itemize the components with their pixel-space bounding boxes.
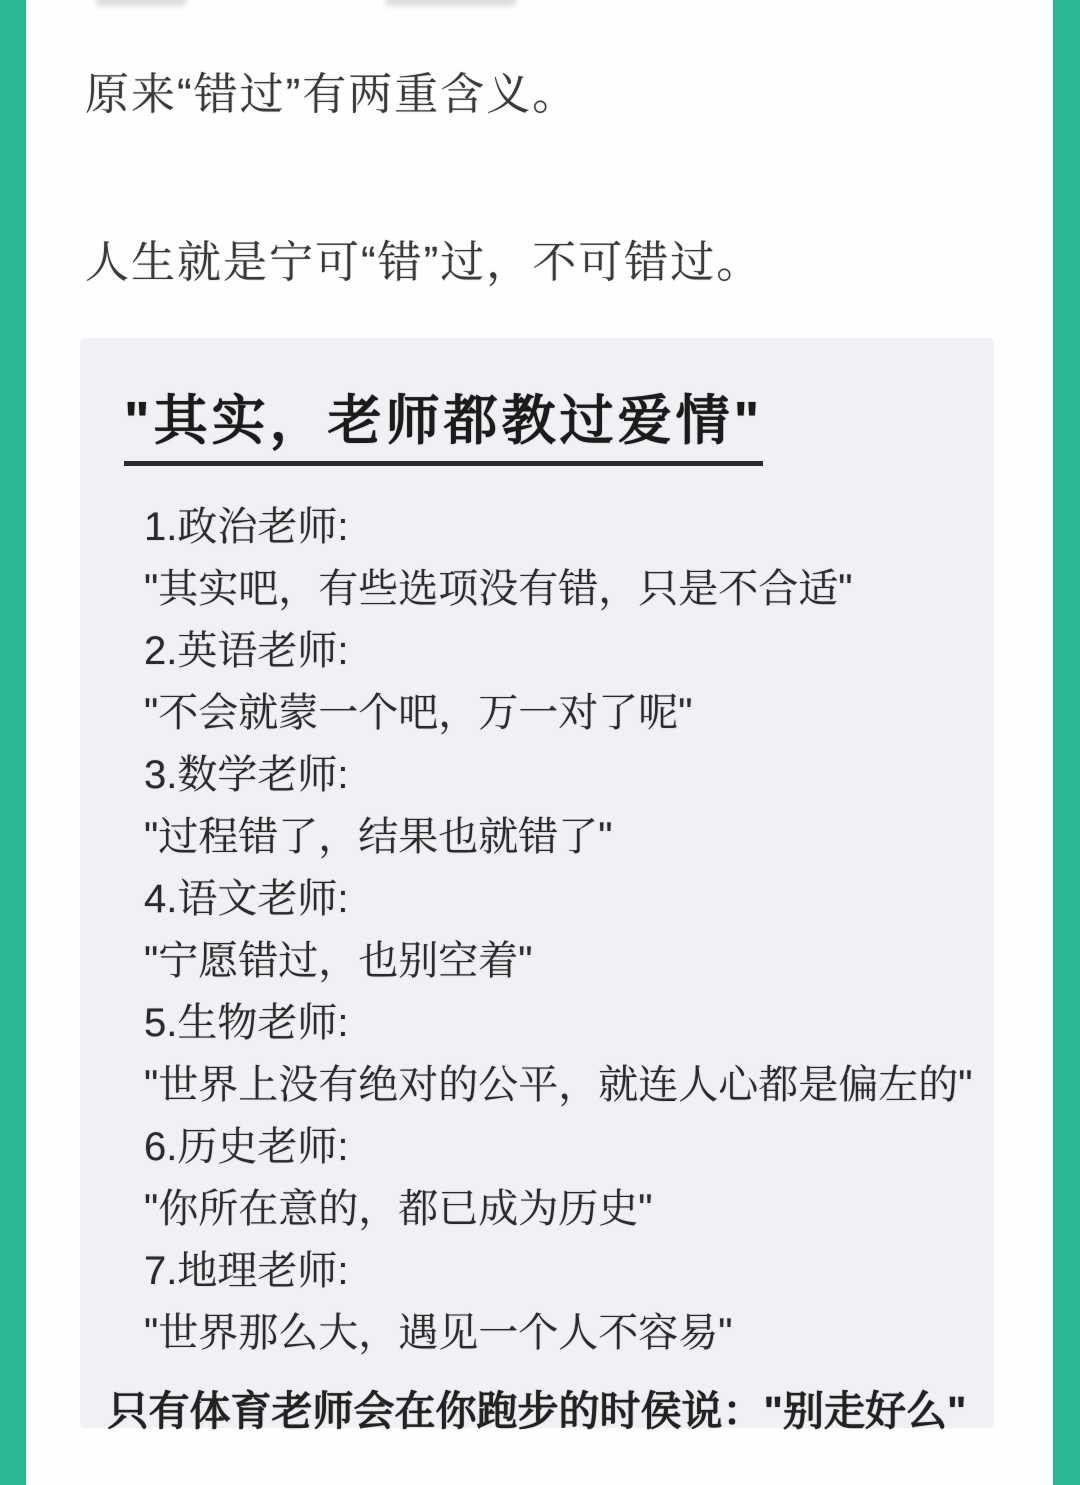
teacher-label: 2.英语老师: [144, 620, 994, 682]
card-title-wrap: "其实，老师都教过爱情" [80, 338, 994, 466]
quote-card: "其实，老师都教过爱情" 1.政治老师: "其实吧，有些选项没有错，只是不合适"… [80, 338, 994, 1428]
cropped-text-artifact [386, 0, 516, 6]
card-title: "其实，老师都教过爱情" [124, 378, 763, 466]
teacher-label: 4.语文老师: [144, 868, 994, 930]
teacher-quote: "宁愿错过，也别空着" [144, 930, 994, 992]
teacher-label: 6.历史老师: [144, 1116, 994, 1178]
content-page: 原来“错过”有两重含义。 人生就是宁可“错”过，不可错过。 "其实，老师都教过爱… [26, 0, 1053, 1485]
intro-line-1: 原来“错过”有两重含义。 [85, 58, 578, 122]
teacher-quote: "世界上没有绝对的公平，就连人心都是偏左的" [144, 1054, 994, 1116]
list-item: 5.生物老师: "世界上没有绝对的公平，就连人心都是偏左的" [144, 992, 994, 1116]
list-item: 4.语文老师: "宁愿错过，也别空着" [144, 868, 994, 992]
teacher-quote: "其实吧，有些选项没有错，只是不合适" [144, 558, 994, 620]
cropped-text-artifact [96, 0, 186, 6]
teacher-quote: "世界那么大，遇见一个人不容易" [144, 1302, 994, 1364]
teacher-quote: "过程错了，结果也就错了" [144, 806, 994, 868]
teacher-label: 7.地理老师: [144, 1240, 994, 1302]
teacher-label: 1.政治老师: [144, 496, 994, 558]
list-item: 6.历史老师: "你所在意的，都已成为历史" [144, 1116, 994, 1240]
list-item: 1.政治老师: "其实吧，有些选项没有错，只是不合适" [144, 496, 994, 620]
intro-line-2: 人生就是宁可“错”过，不可错过。 [85, 226, 762, 290]
teacher-label: 3.数学老师: [144, 744, 994, 806]
pe-teacher-punchline: 只有体育老师会在你跑步的时侯说："别走好么" [80, 1378, 994, 1437]
teacher-label: 5.生物老师: [144, 992, 994, 1054]
teacher-quote: "不会就蒙一个吧，万一对了呢" [144, 682, 994, 744]
teacher-list: 1.政治老师: "其实吧，有些选项没有错，只是不合适" 2.英语老师: "不会就… [80, 496, 994, 1364]
list-item: 3.数学老师: "过程错了，结果也就错了" [144, 744, 994, 868]
list-item: 7.地理老师: "世界那么大，遇见一个人不容易" [144, 1240, 994, 1364]
teacher-quote: "你所在意的，都已成为历史" [144, 1178, 994, 1240]
list-item: 2.英语老师: "不会就蒙一个吧，万一对了呢" [144, 620, 994, 744]
